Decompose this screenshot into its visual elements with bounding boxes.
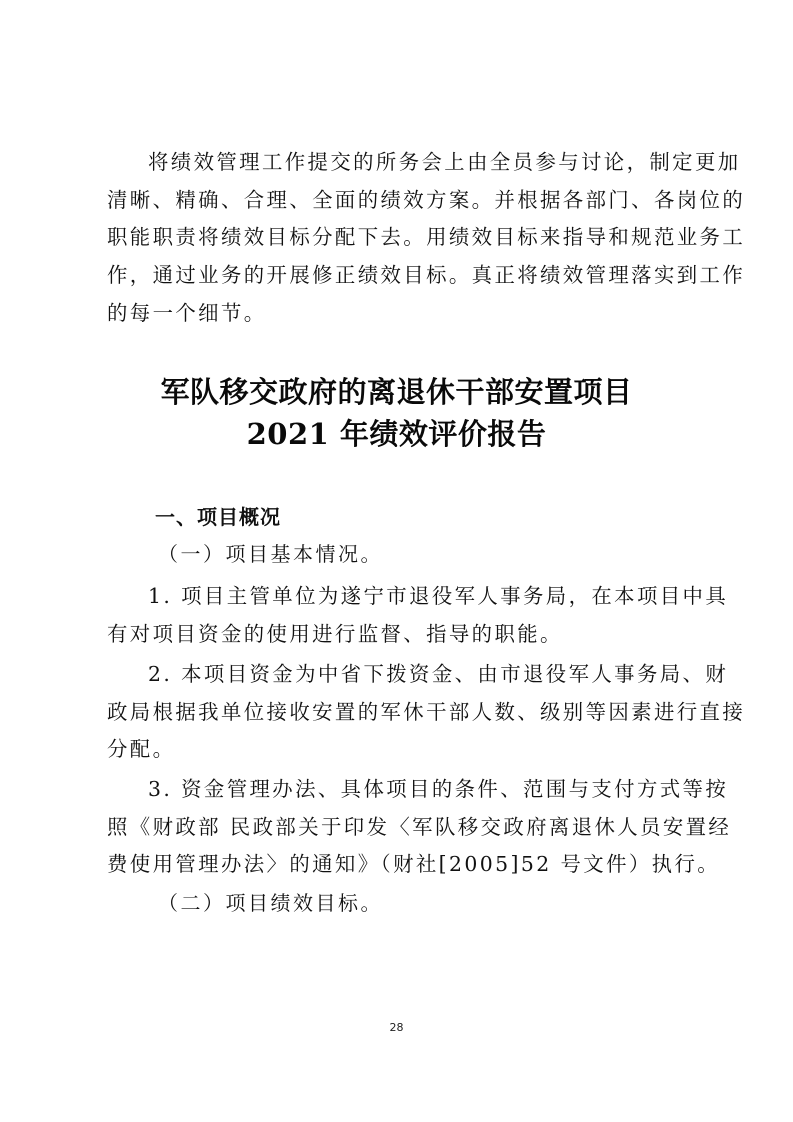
section-heading: 一、项目概况 (155, 499, 281, 535)
report-title-line-1: 军队移交政府的离退休干部安置项目 (0, 372, 793, 412)
page-number: 28 (0, 1021, 793, 1034)
item-line: 照《财政部 民政部关于印发〈军队移交政府离退休人员安置经 (107, 808, 691, 846)
item-line: 3. 资金管理办法、具体项目的条件、范围与支付方式等按 (148, 770, 691, 808)
paragraph-line: 的每一个细节。 (107, 294, 691, 332)
report-title-line-2: 2021 年绩效评价报告 (0, 414, 793, 454)
item-line: 1. 项目主管单位为遂宁市退役军人事务局，在本项目中具 (148, 577, 691, 615)
item-line: 政局根据我单位接收安置的军休干部人数、级别等因素进行直接 (107, 693, 691, 731)
paragraph-line: 清晰、精确、合理、全面的绩效方案。并根据各部门、各岗位的 (107, 181, 691, 219)
paragraph-line: 作，通过业务的开展修正绩效目标。真正将绩效管理落实到工作 (107, 256, 691, 294)
document-page: 将绩效管理工作提交的所务会上由全员参与讨论，制定更加 清晰、精确、合理、全面的绩… (0, 0, 793, 1122)
paragraph-line: 将绩效管理工作提交的所务会上由全员参与讨论，制定更加 (148, 143, 691, 181)
item-line: 分配。 (107, 730, 691, 768)
item-line: 2. 本项目资金为中省下拨资金、由市退役军人事务局、财 (148, 655, 691, 693)
subsection-heading: （二）项目绩效目标。 (158, 885, 383, 921)
item-line: 费使用管理办法〉的通知》（财社[2005]52 号文件）执行。 (107, 845, 691, 883)
item-line: 有对项目资金的使用进行监督、指导的职能。 (107, 615, 691, 653)
subsection-heading: （一）项目基本情况。 (158, 536, 383, 572)
paragraph-line: 职能职责将绩效目标分配下去。用绩效目标来指导和规范业务工 (107, 218, 691, 256)
